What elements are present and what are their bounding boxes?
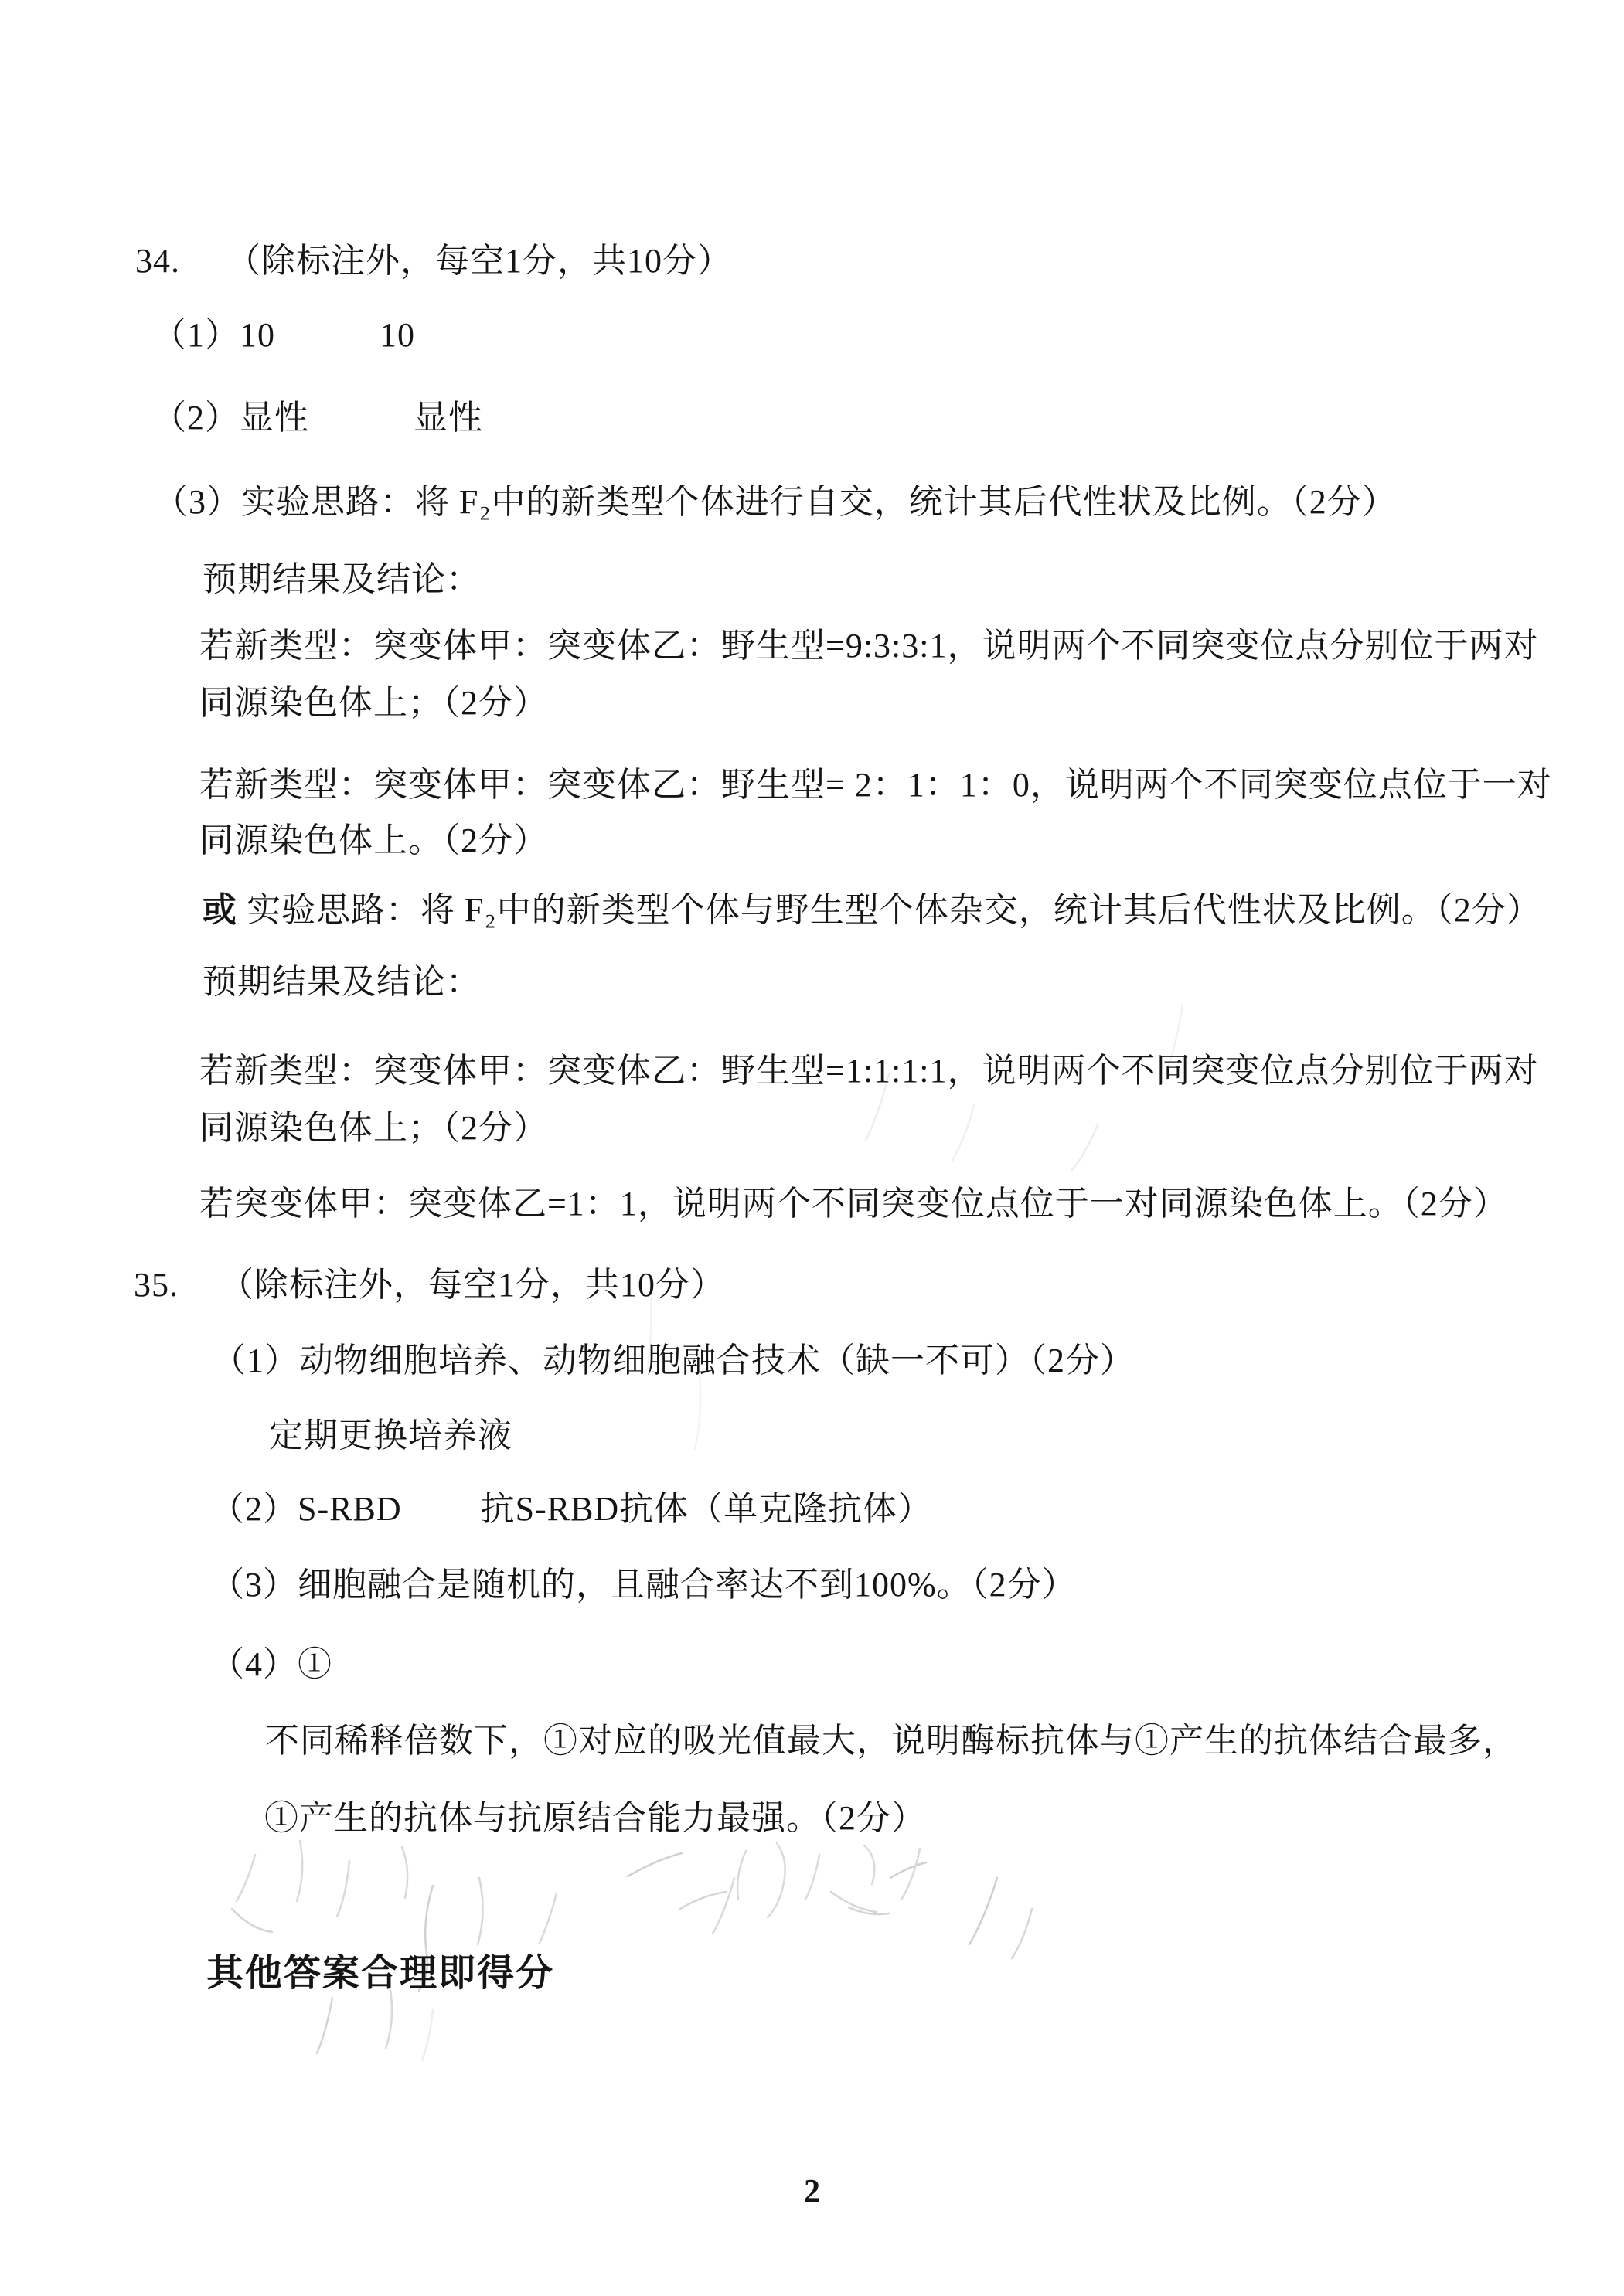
q34-result-3-line-1: 若新类型：突变体甲：突变体乙：野生型=1:1:1:1，说明两个不同突变位点分别位… [199,1049,1539,1093]
alt-approach-text: 实验思路：将 F₂中的新类型个体与野生型个体杂交，统计其后代性状及比例。（2分） [237,891,1541,929]
q35-item-2: （2）S-RBD 抗S-RBD抗体（单克隆抗体） [210,1488,932,1531]
q34-item-1: （1）10 10 [152,314,415,357]
q34-result-1-line-1: 若新类型：突变体甲：突变体乙：野生型=9:3:3:1，说明两个不同突变位点分别位… [199,624,1539,668]
q34-result-2-line-1: 若新类型：突变体甲：突变体乙：野生型= 2：1：1：0，说明两个不同突变位点位于… [199,764,1552,807]
q35-item-1: （1）动物细胞培养、动物细胞融合技术（缺一不可）（2分） [212,1339,1135,1383]
answer-key-page: 34. （除标注外，每空1分，共10分） （1）10 10 （2）显性 显性 （… [0,0,1624,2296]
q34-item-3: （3）实验思路：将 F₂中的新类型个体进行自交，统计其后代性状及比例。（2分） [154,481,1397,524]
q35-item-4-line-1: 不同稀释倍数下，①对应的吸光值最大，说明酶标抗体与①产生的抗体结合最多， [265,1719,1517,1763]
q35-item-1-extra: 定期更换培养液 [269,1414,512,1458]
q35-number: 35. [134,1264,179,1307]
q34-result-3-line-2: 同源染色体上；（2分） [199,1107,548,1150]
q35-item-4: （4）① [210,1643,332,1686]
q35-scoring-note: （除标注外，每空1分，共10分） [220,1264,725,1307]
page-number: 2 [0,2173,1624,2210]
q34-item-2: （2）显性 显性 [152,396,483,440]
q34-alt-approach: 或 实验思路：将 F₂中的新类型个体与野生型个体杂交，统计其后代性状及比例。（2… [203,889,1541,932]
q35-item-3: （3）细胞融合是随机的，且融合率达不到100%。（2分） [210,1563,1077,1607]
q34-scoring-note: （除标注外，每空1分，共10分） [226,240,732,283]
q34-result-2-line-2: 同源染色体上。（2分） [199,819,548,862]
other-answers-note: 其他答案合理即得分 [206,1952,554,1995]
q34-expected-label-1: 预期结果及结论： [203,558,481,601]
q34-result-4: 若突变体甲：突变体乙=1：1，说明两个不同突变位点位于一对同源染色体上。（2分） [199,1182,1508,1226]
or-label: 或 [203,891,237,929]
q34-result-1-line-2: 同源染色体上；（2分） [199,682,548,725]
q34-expected-label-2: 预期结果及结论： [203,961,481,1004]
q35-item-4-line-2: ①产生的抗体与抗原结合能力最强。（2分） [264,1797,926,1840]
q34-number: 34. [135,240,180,283]
